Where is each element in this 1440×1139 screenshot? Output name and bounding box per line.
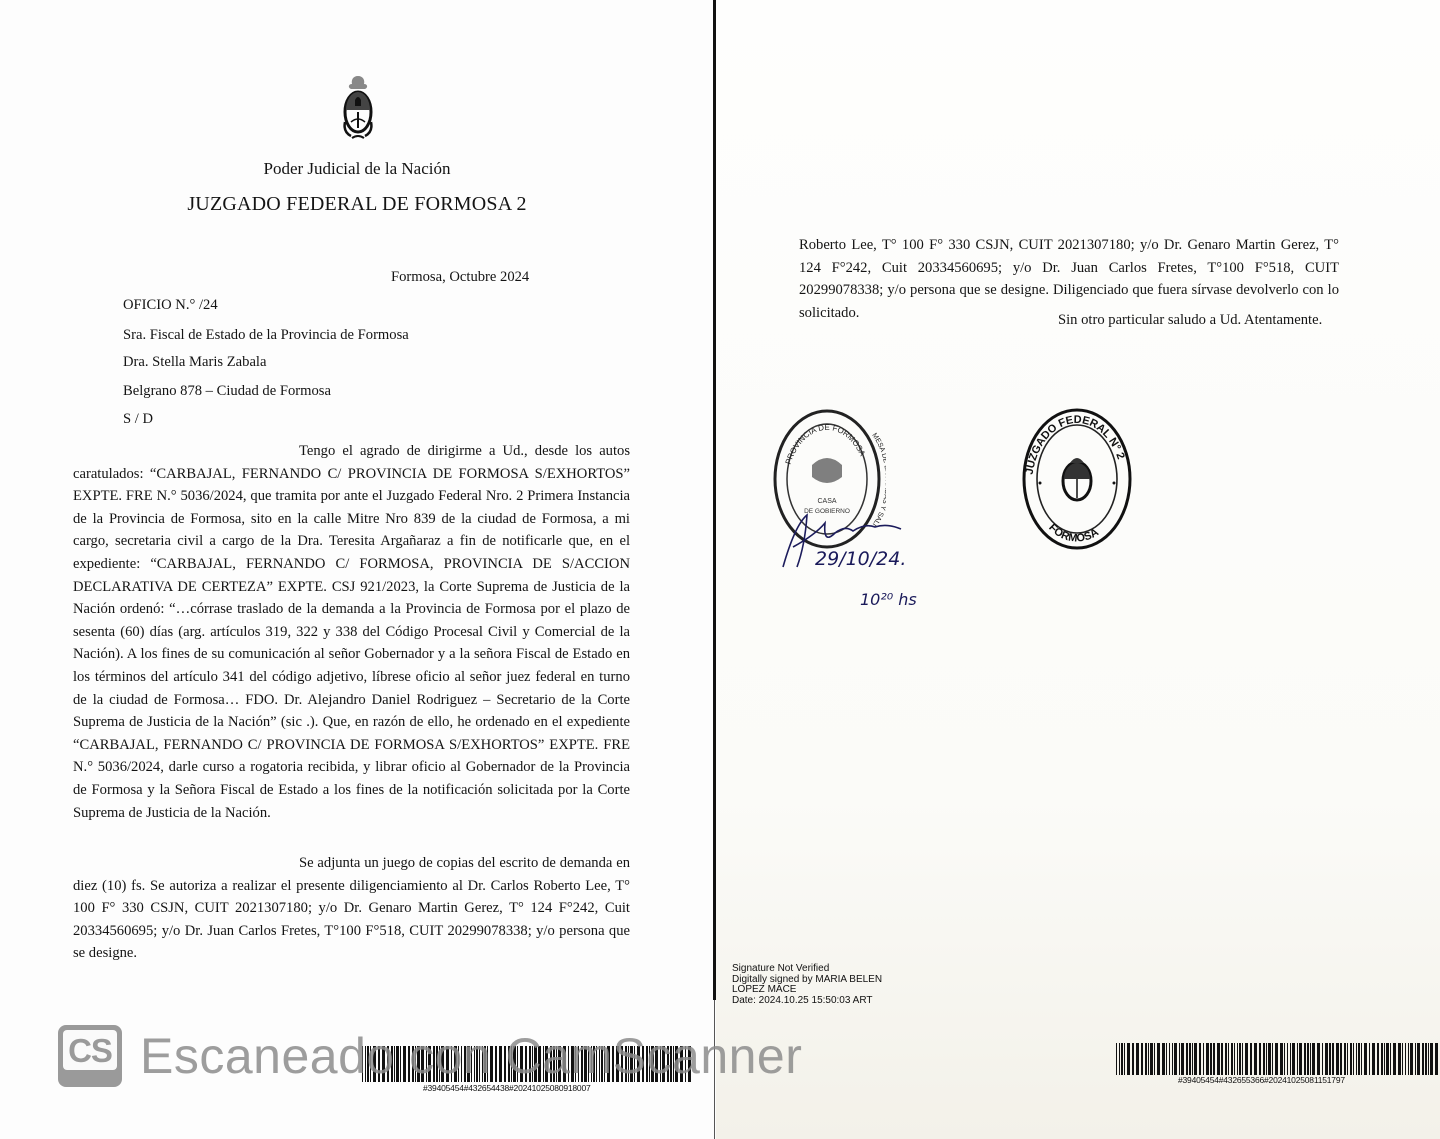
barcode-right (1116, 1043, 1440, 1075)
argentina-coat-of-arms-icon (339, 72, 377, 144)
body-paragraph-2: Se adjunta un juego de copias del escrit… (73, 852, 630, 965)
recipient-name: Dra. Stella Maris Zabala (123, 355, 266, 370)
date-line: Formosa, Octubre 2024 (391, 270, 529, 285)
recipient-title: Sra. Fiscal de Estado de la Provincia de… (123, 328, 409, 343)
handwritten-time: 10²⁰ hs (860, 590, 917, 609)
camscanner-logo-icon: CS (58, 1025, 122, 1087)
digital-signature-block: Signature Not Verified Digitally signed … (732, 964, 882, 1006)
closing-line: Sin otro particular saludo a Ud. Atentam… (1058, 313, 1322, 328)
handwritten-date: 29/10/24. (815, 548, 906, 570)
camscanner-watermark: Escaneado con CamScanner (140, 1027, 802, 1085)
oficio-number: OFICIO N.° /24 (123, 298, 218, 313)
sd-line: S / D (123, 412, 153, 427)
barcode-right-text: #39405454#432655366#20241025081151797 (1178, 1075, 1345, 1085)
recipient-address: Belgrano 878 – Ciudad de Formosa (123, 384, 331, 399)
body-paragraph-1: Tengo el agrado de dirigirme a Ud., desd… (73, 440, 630, 824)
institution-header: Poder Judicial de la Nación (0, 159, 714, 179)
juzgado-federal-stamp-icon: JUZGADO FEDERAL N° 2 FORMOSA (1020, 405, 1134, 553)
page-divider (713, 0, 716, 1000)
court-header: JUZGADO FEDERAL DE FORMOSA 2 (0, 193, 714, 216)
continuation-paragraph: Roberto Lee, T° 100 F° 330 CSJN, CUIT 20… (799, 234, 1339, 324)
svg-text:CASA: CASA (817, 498, 836, 505)
